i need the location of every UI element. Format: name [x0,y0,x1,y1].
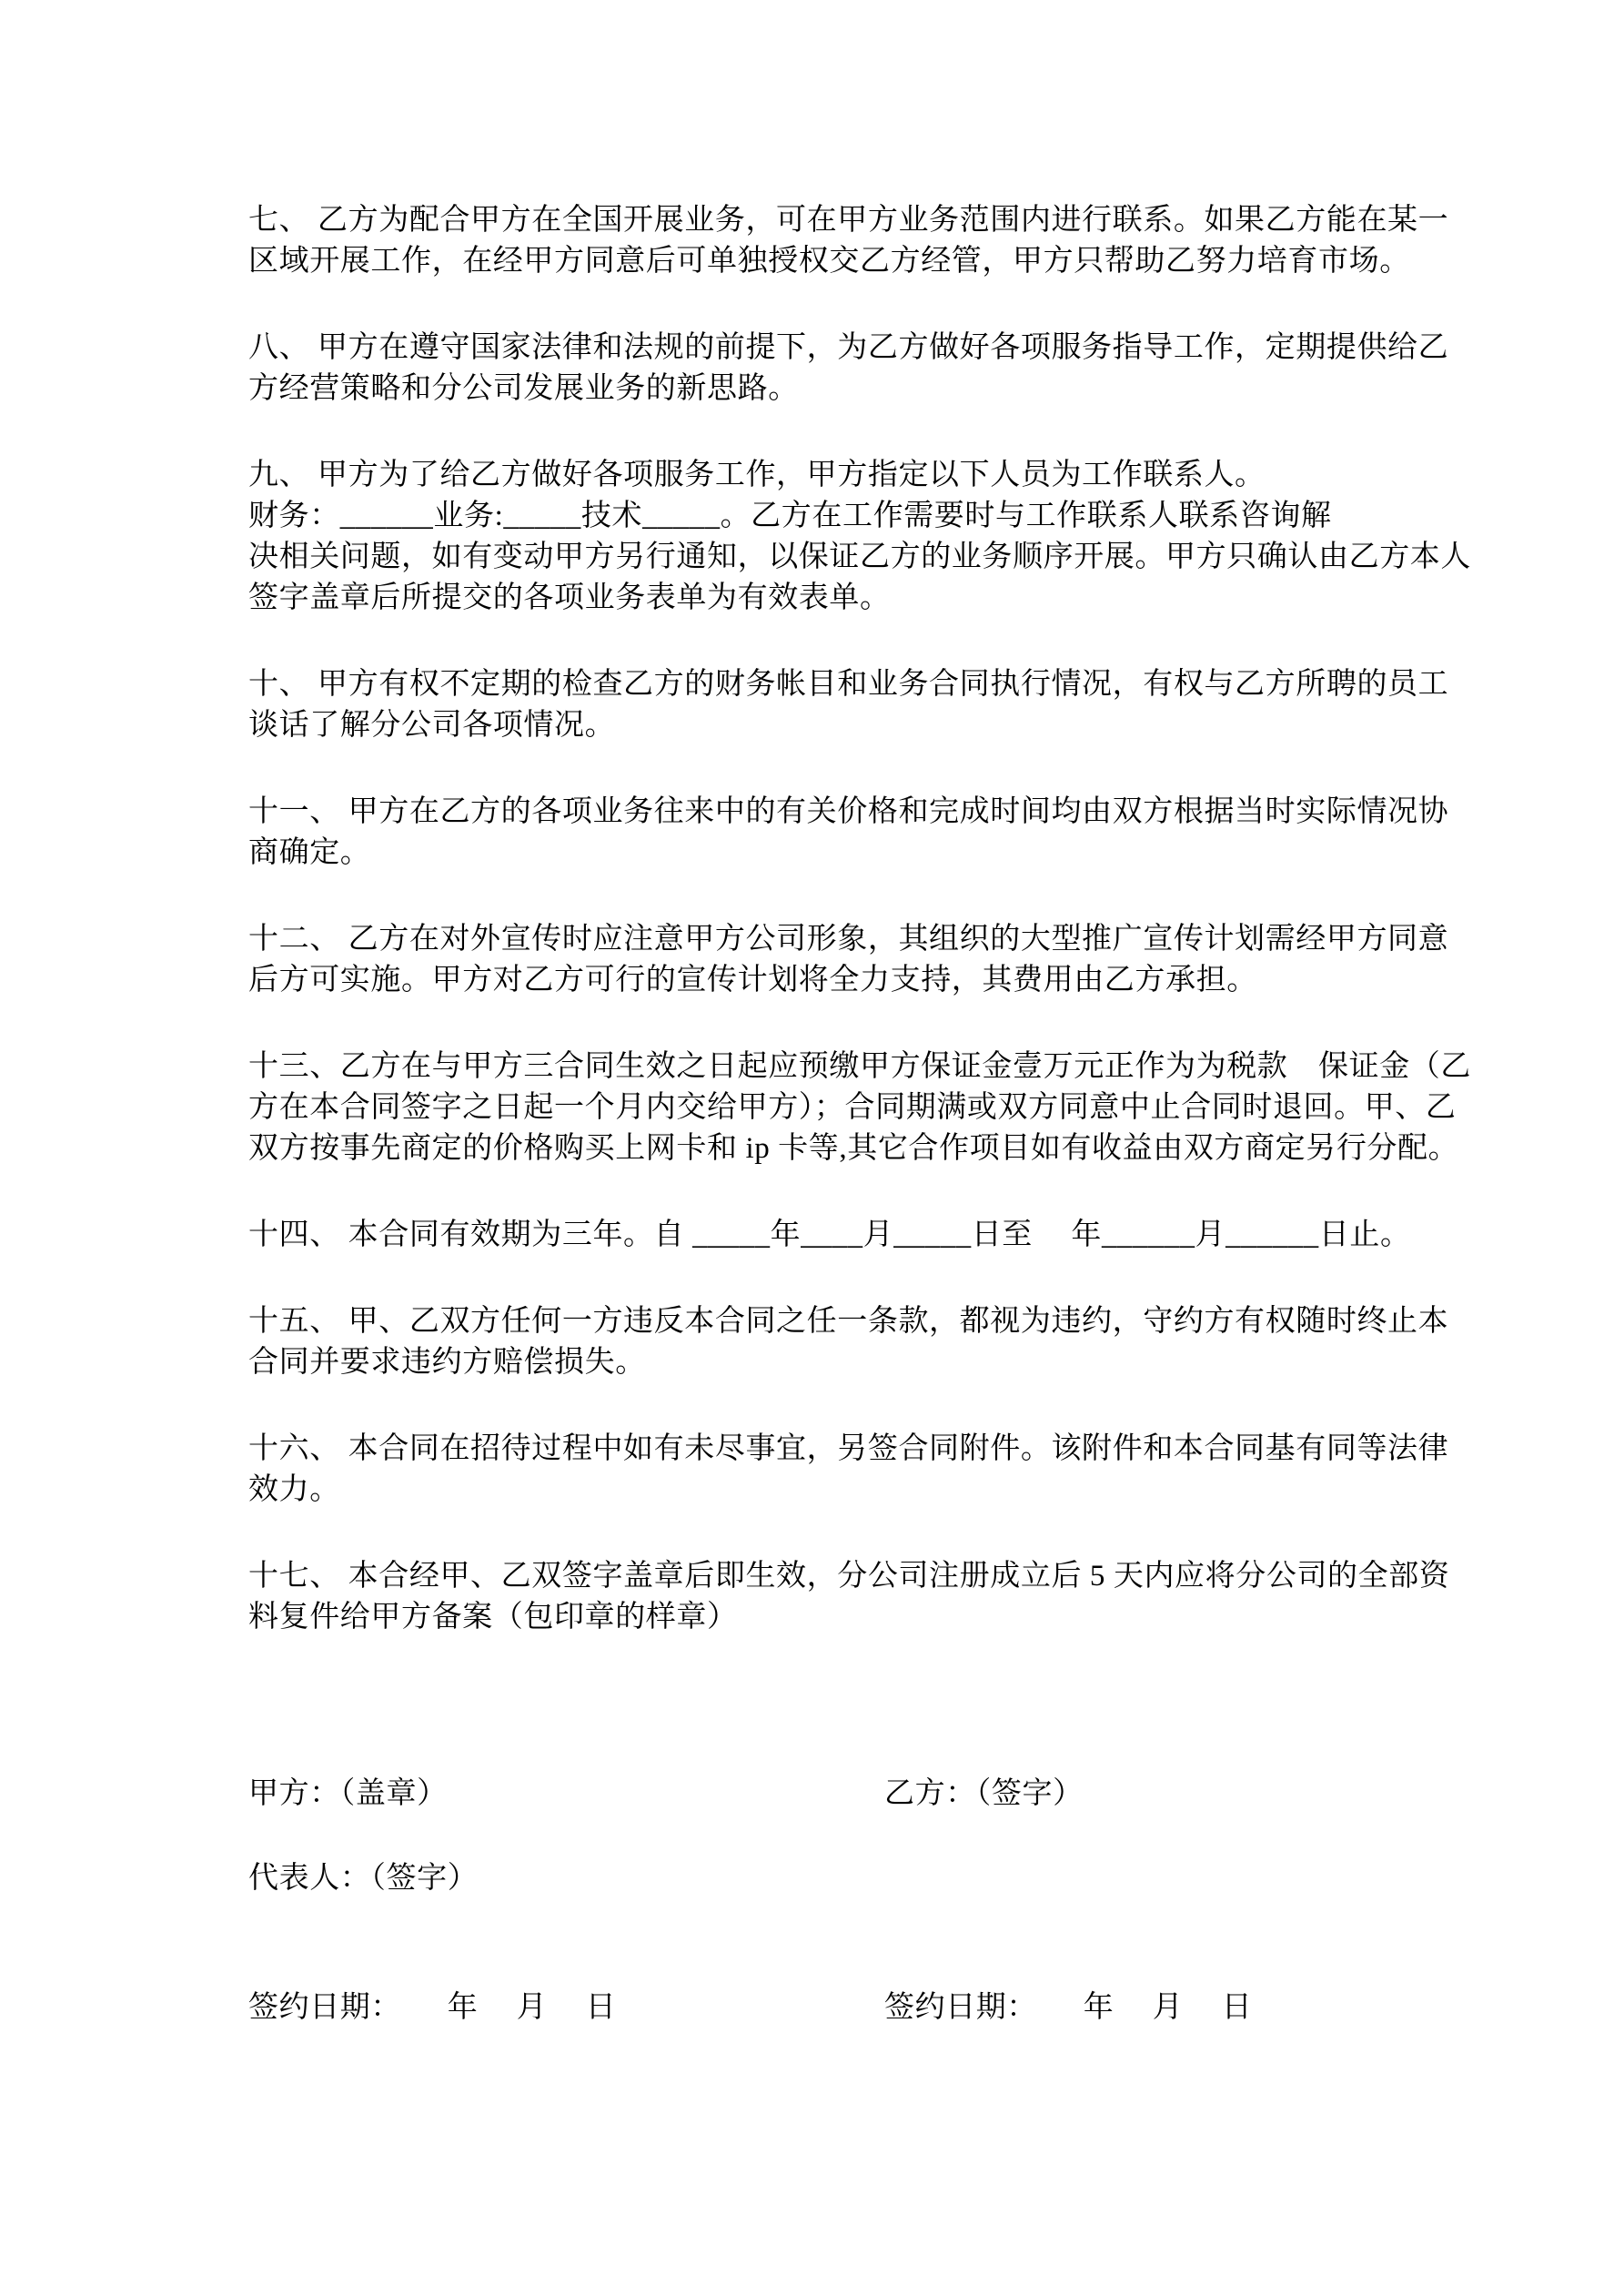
sign-date-party-b: 签约日期： 年 月 日 [884,1988,1252,2028]
clause-14-line-1-date-blanks: 十四、 本合同有效期为三年。自 _____年____月_____日至 年____… [248,1215,1488,1256]
clause-13: 十三、乙方在与甲方三合同生效之日起应预缴甲方保证金壹万元正作为为税款 保证金（乙… [248,1047,1488,1169]
clause-10-line-1: 十、 甲方有权不定期的检查乙方的财务帐目和业务合同执行情况，有权与乙方所聘的员工 [248,664,1488,705]
clause-9-line-1: 九、 甲方为了给乙方做好各项服务工作，甲方指定以下人员为工作联系人。 [248,455,1488,496]
signature-row-parties: 甲方：（盖章） 乙方：（签字） [248,1774,1488,1815]
signature-row-representative: 代表人：（签字） [248,1858,1488,1899]
party-b-sign-label: 乙方：（签字） [884,1774,1084,1815]
clause-12-line-1: 十二、 乙方在对外宣传时应注意甲方公司形象，其组织的大型推广宣传计划需经甲方同意 [248,919,1488,960]
clause-9-line-4: 签字盖章后所提交的各项业务表单为有效表单。 [248,578,1488,619]
clause-7-line-2: 区域开展工作，在经甲方同意后可单独授权交乙方经管，甲方只帮助乙努力培育市场。 [248,241,1488,282]
clause-16-line-1: 十六、 本合同在招待过程中如有未尽事宜，另签合同附件。该附件和本合同基有同等法律 [248,1429,1488,1470]
clause-14: 十四、 本合同有效期为三年。自 _____年____月_____日至 年____… [248,1215,1488,1256]
clause-7-line-1: 七、 乙方为配合甲方在全国开展业务，可在甲方业务范围内进行联系。如果乙方能在某一 [248,200,1488,241]
clause-7: 七、 乙方为配合甲方在全国开展业务，可在甲方业务范围内进行联系。如果乙方能在某一… [248,200,1488,282]
clause-13-line-3: 双方按事先商定的价格购买上网卡和 ip 卡等,其它合作项目如有收益由双方商定另行… [248,1128,1488,1169]
clause-13-line-1: 十三、乙方在与甲方三合同生效之日起应预缴甲方保证金壹万元正作为为税款 保证金（乙 [248,1047,1488,1087]
clause-8-line-2: 方经营策略和分公司发展业务的新思路。 [248,369,1488,410]
clause-17-line-2: 料复件给甲方备案（包印章的样章） [248,1597,1488,1638]
clause-16-line-2: 效力。 [248,1470,1488,1511]
clause-12-line-2: 后方可实施。甲方对乙方可行的宣传计划将全力支持，其费用由乙方承担。 [248,960,1488,1001]
clause-17: 十七、 本合经甲、乙双签字盖章后即生效，分公司注册成立后 5 天内应将分公司的全… [248,1556,1488,1638]
sign-date-party-a: 签约日期： 年 月 日 [248,1988,616,2028]
contract-body: 七、 乙方为配合甲方在全国开展业务，可在甲方业务范围内进行联系。如果乙方能在某一… [248,200,1488,2028]
clause-9-line-2-contact-blanks: 财务：______业务:_____技术_____。乙方在工作需要时与工作联系人联… [248,496,1488,537]
clause-10-line-2: 谈话了解分公司各项情况。 [248,705,1488,746]
clause-11: 十一、 甲方在乙方的各项业务往来中的有关价格和完成时间均由双方根据当时实际情况协… [248,792,1488,874]
clause-8-line-1: 八、 甲方在遵守国家法律和法规的前提下，为乙方做好各项服务指导工作，定期提供给乙 [248,328,1488,369]
party-a-seal-label: 甲方：（盖章） [248,1774,448,1815]
clause-15-line-1: 十五、 甲、乙双方任何一方违反本合同之任一条款，都视为违约，守约方有权随时终止本 [248,1301,1488,1342]
clause-10: 十、 甲方有权不定期的检查乙方的财务帐目和业务合同执行情况，有权与乙方所聘的员工… [248,664,1488,746]
contract-document-page: 七、 乙方为配合甲方在全国开展业务，可在甲方业务范围内进行联系。如果乙方能在某一… [0,0,1624,2296]
clause-9: 九、 甲方为了给乙方做好各项服务工作，甲方指定以下人员为工作联系人。 财务：__… [248,455,1488,619]
clause-13-line-2: 方在本合同签字之日起一个月内交给甲方）；合同期满或双方同意中止合同时退回。甲、乙 [248,1087,1488,1128]
signature-row-dates: 签约日期： 年 月 日 签约日期： 年 月 日 [248,1988,1488,2028]
clause-8: 八、 甲方在遵守国家法律和法规的前提下，为乙方做好各项服务指导工作，定期提供给乙… [248,328,1488,410]
clause-11-line-1: 十一、 甲方在乙方的各项业务往来中的有关价格和完成时间均由双方根据当时实际情况协 [248,792,1488,833]
clause-9-line-3: 决相关问题，如有变动甲方另行通知，以保证乙方的业务顺序开展。甲方只确认由乙方本人 [248,537,1488,578]
clause-12: 十二、 乙方在对外宣传时应注意甲方公司形象，其组织的大型推广宣传计划需经甲方同意… [248,919,1488,1001]
clause-15-line-2: 合同并要求违约方赔偿损失。 [248,1342,1488,1383]
representative-sign-label: 代表人：（签字） [248,1858,478,1899]
clause-15: 十五、 甲、乙双方任何一方违反本合同之任一条款，都视为违约，守约方有权随时终止本… [248,1301,1488,1383]
clause-11-line-2: 商确定。 [248,833,1488,874]
clause-16: 十六、 本合同在招待过程中如有未尽事宜，另签合同附件。该附件和本合同基有同等法律… [248,1429,1488,1511]
clause-17-line-1: 十七、 本合经甲、乙双签字盖章后即生效，分公司注册成立后 5 天内应将分公司的全… [248,1556,1488,1597]
